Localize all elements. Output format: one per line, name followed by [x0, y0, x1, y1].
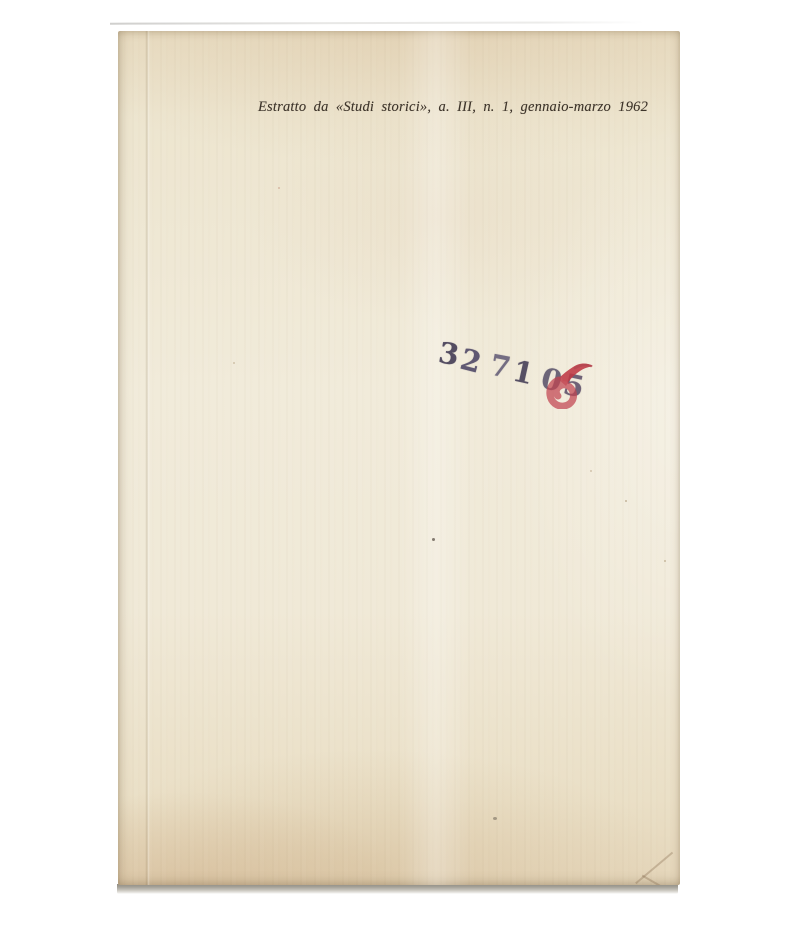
foxing-speck — [493, 817, 497, 820]
foxing-speck — [625, 500, 627, 502]
foxing-speck — [590, 470, 592, 472]
stamp-digit: 2 — [458, 345, 485, 378]
foxing-speck — [664, 560, 666, 562]
corner-crease — [635, 852, 673, 884]
foxing-speck — [233, 362, 235, 364]
edition-note-text: Estratto da «Studi storici», a. III, n. … — [258, 99, 648, 116]
underlying-page-edge — [110, 21, 644, 24]
stamp-digit: 1 — [510, 357, 536, 390]
scanned-pamphlet-photo: Estratto da «Studi storici», a. III, n. … — [0, 0, 800, 926]
pamphlet-cover-page: Estratto da «Studi storici», a. III, n. … — [118, 31, 680, 885]
scan-light-band — [400, 31, 472, 885]
stamp-digit: 7 — [488, 351, 513, 383]
book-block-edge — [117, 884, 678, 894]
foxing-speck — [278, 187, 280, 189]
corner-crease — [642, 875, 672, 885]
stamp-digit: 3 — [436, 338, 461, 370]
vertical-fold-crease — [145, 31, 150, 885]
foxing-speck — [432, 538, 435, 541]
red-pen-mark-icon — [543, 357, 599, 409]
